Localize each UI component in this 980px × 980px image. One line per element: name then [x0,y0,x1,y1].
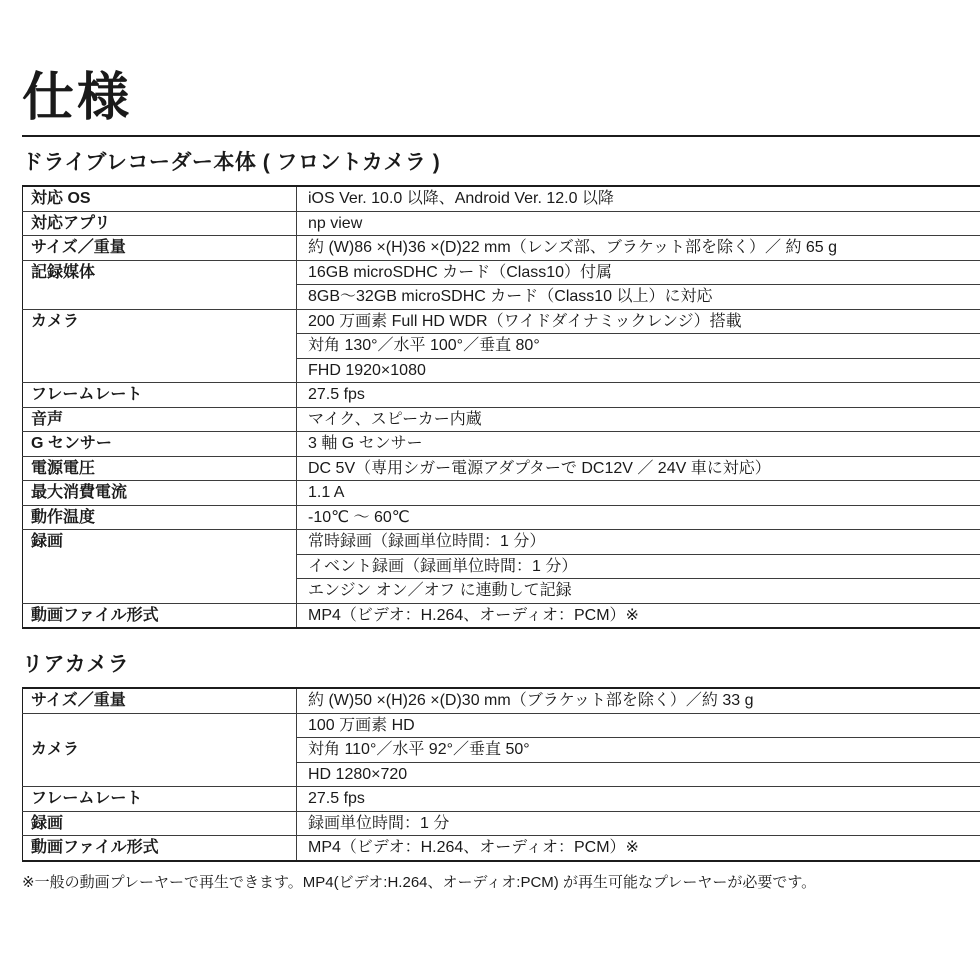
title-divider [22,135,980,137]
spec-value: 録画単位時間：1 分 [297,811,980,836]
spec-label-voltage: 電源電圧 [23,456,297,481]
spec-row: カメラ 100 万画素 HD [23,713,980,738]
spec-row: 記録媒体 16GB microSDHC カード（Class10）付属 [23,260,980,285]
spec-value: 8GB～32GB microSDHC カード（Class10 以上）に対応 [297,285,980,310]
spec-row: 対応アプリ np view [23,211,980,236]
spec-row: カメラ 200 万画素 Full HD WDR（ワイドダイナミックレンジ）搭載 [23,309,980,334]
spec-value: iOS Ver. 10.0 以降、Android Ver. 12.0 以降 [297,186,980,211]
spec-value: FHD 1920×1080 [297,358,980,383]
spec-row: 動画ファイル形式 MP4（ビデオ：H.264、オーディオ：PCM）※ [23,603,980,628]
spec-row: フレームレート 27.5 fps [23,383,980,408]
spec-value: 200 万画素 Full HD WDR（ワイドダイナミックレンジ）搭載 [297,309,980,334]
spec-value: 対角 110°／水平 92°／垂直 50° [297,738,980,763]
spec-value: -10℃ ～ 60℃ [297,505,980,530]
page-title: 仕様 [22,72,980,124]
spec-value: 約 (W)86 ×(H)36 ×(D)22 mm（レンズ部、ブラケット部を除く）… [297,236,980,261]
spec-value: DC 5V（専用シガー電源アダプターで DC12V ／ 24V 車に対応） [297,456,980,481]
spec-value: MP4（ビデオ：H.264、オーディオ：PCM）※ [297,836,980,861]
spec-label-camera: カメラ [23,713,297,787]
spec-label-audio: 音声 [23,407,297,432]
spec-value: MP4（ビデオ：H.264、オーディオ：PCM）※ [297,603,980,628]
spec-value: 対角 130°／水平 100°／垂直 80° [297,334,980,359]
spec-label-size-weight: サイズ／重量 [23,236,297,261]
footnote: ※一般の動画プレーヤーで再生できます。MP4(ビデオ:H.264、オーディオ:P… [22,871,980,892]
spec-row: 対応 OS iOS Ver. 10.0 以降、Android Ver. 12.0… [23,186,980,211]
spec-label-file-format: 動画ファイル形式 [23,836,297,861]
spec-value: イベント録画（録画単位時間：1 分） [297,554,980,579]
spec-value: 27.5 fps [297,383,980,408]
rear-camera-section-heading: リアカメラ [22,648,980,678]
spec-label-current: 最大消費電流 [23,481,297,506]
spec-value: 16GB microSDHC カード（Class10）付属 [297,260,980,285]
spec-row: 音声 マイク、スピーカー内蔵 [23,407,980,432]
spec-value: エンジン オン／オフ に連動して記録 [297,579,980,604]
spec-label-size-weight: サイズ／重量 [23,688,297,713]
spec-label-gsensor: G センサー [23,432,297,457]
spec-label-os: 対応 OS [23,186,297,211]
spec-label-framerate: フレームレート [23,383,297,408]
spec-value: 常時録画（録画単位時間：1 分） [297,530,980,555]
spec-label-recording: 録画 [23,811,297,836]
spec-row: サイズ／重量 約 (W)50 ×(H)26 ×(D)30 mm（ブラケット部を除… [23,688,980,713]
rear-camera-spec-table: サイズ／重量 約 (W)50 ×(H)26 ×(D)30 mm（ブラケット部を除… [22,687,980,862]
spec-value: np view [297,211,980,236]
spec-manual-page: 仕様 ドライブレコーダー本体 ( フロントカメラ ) 対応 OS iOS Ver… [22,72,980,892]
spec-label-temperature: 動作温度 [23,505,297,530]
spec-row: 動作温度 -10℃ ～ 60℃ [23,505,980,530]
spec-row: 電源電圧 DC 5V（専用シガー電源アダプターで DC12V ／ 24V 車に対… [23,456,980,481]
spec-value: 3 軸 G センサー [297,432,980,457]
spec-row: サイズ／重量 約 (W)86 ×(H)36 ×(D)22 mm（レンズ部、ブラケ… [23,236,980,261]
spec-value: マイク、スピーカー内蔵 [297,407,980,432]
spec-label-recording: 録画 [23,530,297,604]
spec-value: 27.5 fps [297,787,980,812]
front-camera-spec-table: 対応 OS iOS Ver. 10.0 以降、Android Ver. 12.0… [22,185,980,629]
spec-label-camera: カメラ [23,309,297,383]
spec-row: 動画ファイル形式 MP4（ビデオ：H.264、オーディオ：PCM）※ [23,836,980,861]
spec-label-file-format: 動画ファイル形式 [23,603,297,628]
spec-value: 約 (W)50 ×(H)26 ×(D)30 mm（ブラケット部を除く）／約 33… [297,688,980,713]
spec-row: 最大消費電流 1.1 A [23,481,980,506]
front-camera-section-heading: ドライブレコーダー本体 ( フロントカメラ ) [22,146,980,176]
spec-value: 1.1 A [297,481,980,506]
spec-row: 録画 常時録画（録画単位時間：1 分） [23,530,980,555]
spec-label-framerate: フレームレート [23,787,297,812]
spec-row: フレームレート 27.5 fps [23,787,980,812]
spec-row: G センサー 3 軸 G センサー [23,432,980,457]
spec-label-app: 対応アプリ [23,211,297,236]
spec-label-storage: 記録媒体 [23,260,297,309]
spec-value: 100 万画素 HD [297,713,980,738]
spec-value: HD 1280×720 [297,762,980,787]
spec-row: 録画 録画単位時間：1 分 [23,811,980,836]
